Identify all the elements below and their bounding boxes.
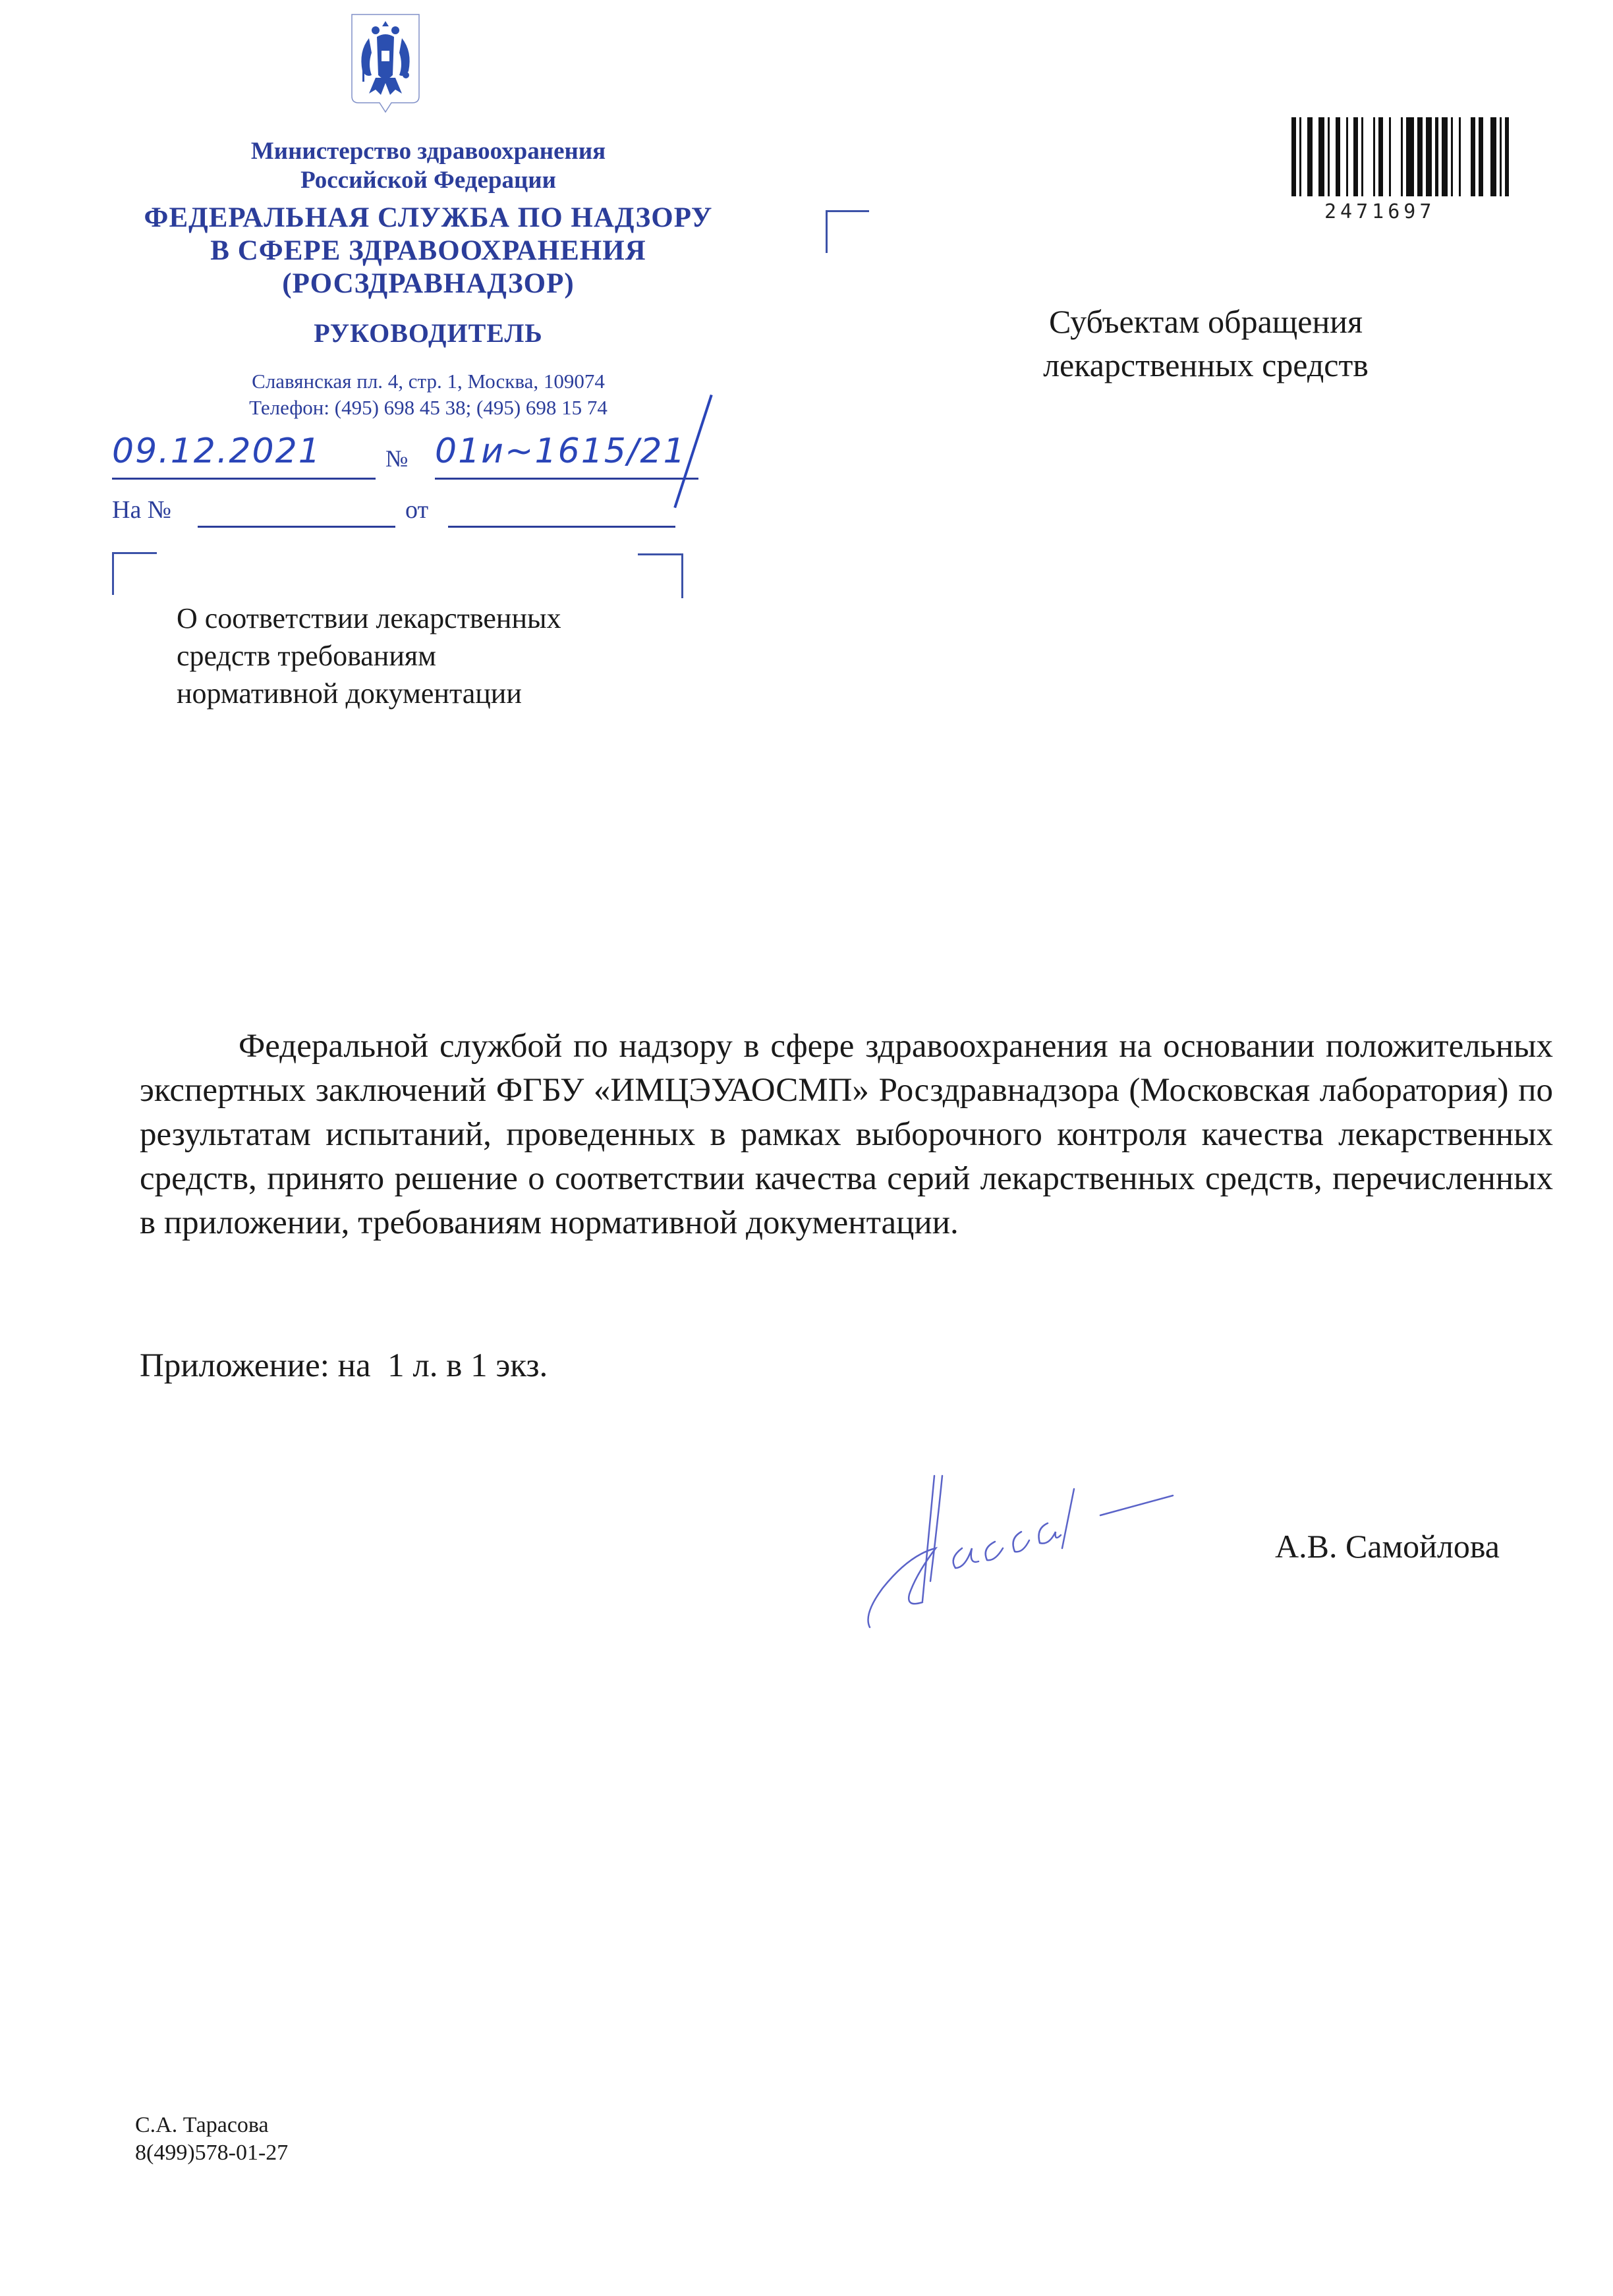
ministry-name-line1: Министерство здравоохранения (66, 137, 791, 166)
letter-body: Федеральной службой по надзору в сфере з… (140, 1024, 1553, 1245)
service-name-line2: В СФЕРЕ ЗДРАВООХРАНЕНИЯ (66, 235, 791, 267)
subject: О соответствии лекарственных средств тре… (177, 600, 561, 712)
registration-date: 09.12.2021 (112, 432, 376, 480)
barcode-number: 2471697 (1291, 200, 1512, 223)
signer-name: А.В. Самойлова (1275, 1527, 1500, 1565)
letterhead: Министерство здравоохранения Российской … (66, 137, 791, 421)
number-sign: № (385, 445, 408, 472)
registration-number: 01и~1615/21 (435, 432, 698, 480)
recipient-line1: Субъектам обращения (988, 300, 1423, 343)
ministry-name-line2: Российской Федерации (66, 166, 791, 195)
subject-bracket-left (112, 552, 157, 595)
reply-reference: На № от (112, 495, 705, 535)
coat-of-arms-icon (349, 12, 422, 114)
reply-date-field[interactable] (448, 495, 675, 528)
subject-line2: средств требованиям (177, 637, 561, 675)
subject-line3: нормативной документации (177, 675, 561, 712)
registration-line: 09.12.2021 № 01и~1615/21 (112, 432, 771, 484)
reply-number-field[interactable] (198, 495, 395, 528)
subject-line1: О соответствии лекарственных (177, 600, 561, 637)
service-name-line3: (РОСЗДРАВНАДЗОР) (66, 267, 791, 300)
executor-contact: С.А. Тарасова 8(499)578-01-27 (135, 2112, 288, 2167)
service-name-line1: ФЕДЕРАЛЬНАЯ СЛУЖБА ПО НАДЗОРУ (66, 202, 791, 235)
reply-from-label: от (405, 495, 428, 524)
recipient-bracket (826, 210, 869, 253)
phone: Телефон: (495) 698 45 38; (495) 698 15 7… (66, 395, 791, 421)
subject-bracket-right (638, 553, 683, 598)
recipient: Субъектам обращения лекарственных средст… (988, 300, 1423, 387)
barcode-bars (1291, 117, 1512, 196)
barcode: 2471697 (1291, 117, 1512, 223)
signature-icon (857, 1449, 1252, 1634)
executor-phone: 8(499)578-01-27 (135, 2139, 288, 2167)
recipient-line2: лекарственных средств (988, 343, 1423, 387)
attachment-note: Приложение: на 1 л. в 1 экз. (140, 1344, 548, 1388)
reply-number-label: На № (112, 495, 171, 524)
position-title: РУКОВОДИТЕЛЬ (66, 318, 791, 349)
executor-name: С.А. Тарасова (135, 2112, 288, 2139)
body-paragraph: Федеральной службой по надзору в сфере з… (140, 1024, 1553, 1245)
address: Славянская пл. 4, стр. 1, Москва, 109074 (66, 368, 791, 395)
